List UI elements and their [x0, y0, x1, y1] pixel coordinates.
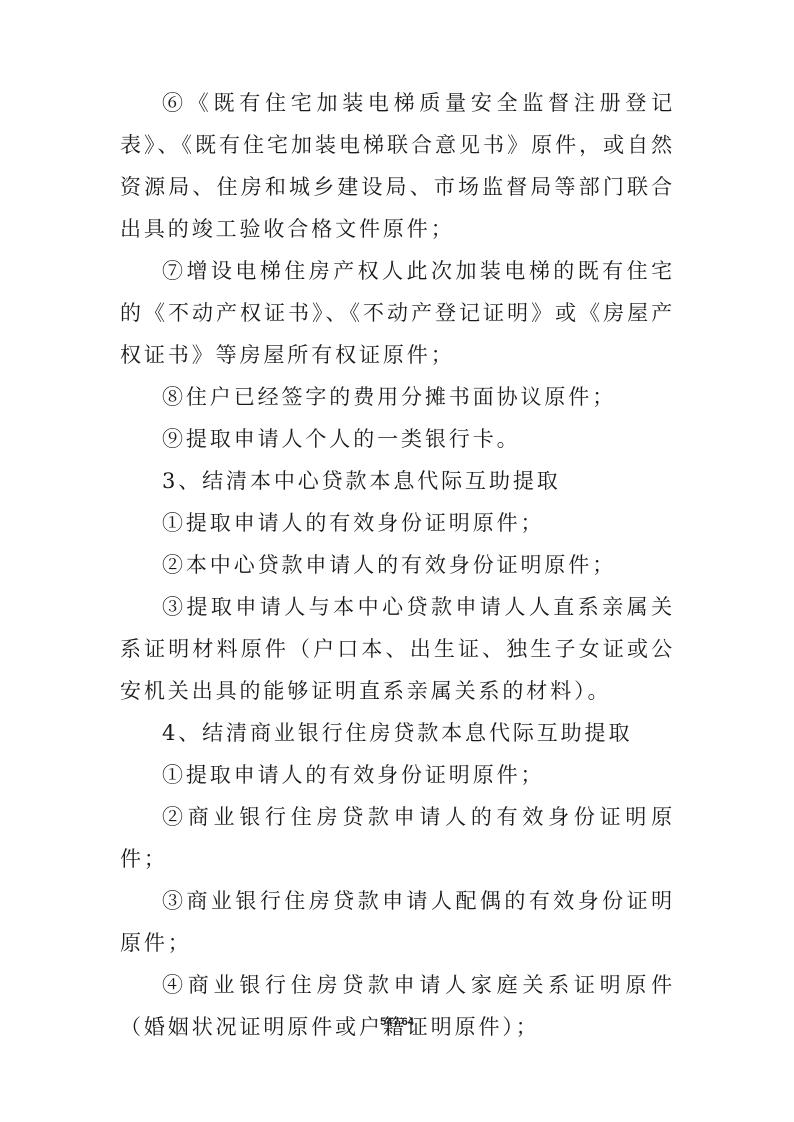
paragraph-4-item-4: ④商业银行住房贷款申请人家庭关系证明原件（婚姻状况证明原件或户籍证明原件）；: [120, 964, 675, 1048]
document-page: ⑥《既有住宅加装电梯质量安全监督注册登记表》、《既有住宅加装电梯联合意见书》原件…: [0, 0, 794, 1122]
section-heading-4: 4、结清商业银行住房贷款本息代际互助提取: [120, 712, 675, 754]
document-body: ⑥《既有住宅加装电梯质量安全监督注册登记表》、《既有住宅加装电梯联合意见书》原件…: [120, 82, 675, 1048]
paragraph-3-item-2: ②本中心贷款申请人的有效身份证明原件；: [120, 544, 675, 586]
paragraph-item-8: ⑧住户已经签字的费用分摊书面协议原件；: [120, 376, 675, 418]
paragraph-item-9: ⑨提取申请人个人的一类银行卡。: [120, 418, 675, 460]
paragraph-4-item-3: ③商业银行住房贷款申请人配偶的有效身份证明原件；: [120, 880, 675, 964]
page-number: 54 / 64: [0, 1016, 794, 1028]
paragraph-item-6: ⑥《既有住宅加装电梯质量安全监督注册登记表》、《既有住宅加装电梯联合意见书》原件…: [120, 82, 675, 250]
paragraph-4-item-2: ②商业银行住房贷款申请人的有效身份证明原件；: [120, 796, 675, 880]
section-heading-3: 3、结清本中心贷款本息代际互助提取: [120, 460, 675, 502]
paragraph-3-item-1: ①提取申请人的有效身份证明原件；: [120, 502, 675, 544]
paragraph-item-7: ⑦增设电梯住房产权人此次加装电梯的既有住宅的《不动产权证书》、《不动产登记证明》…: [120, 250, 675, 376]
paragraph-3-item-3: ③提取申请人与本中心贷款申请人人直系亲属关系证明材料原件（户口本、出生证、独生子…: [120, 586, 675, 712]
paragraph-4-item-1: ①提取申请人的有效身份证明原件；: [120, 754, 675, 796]
